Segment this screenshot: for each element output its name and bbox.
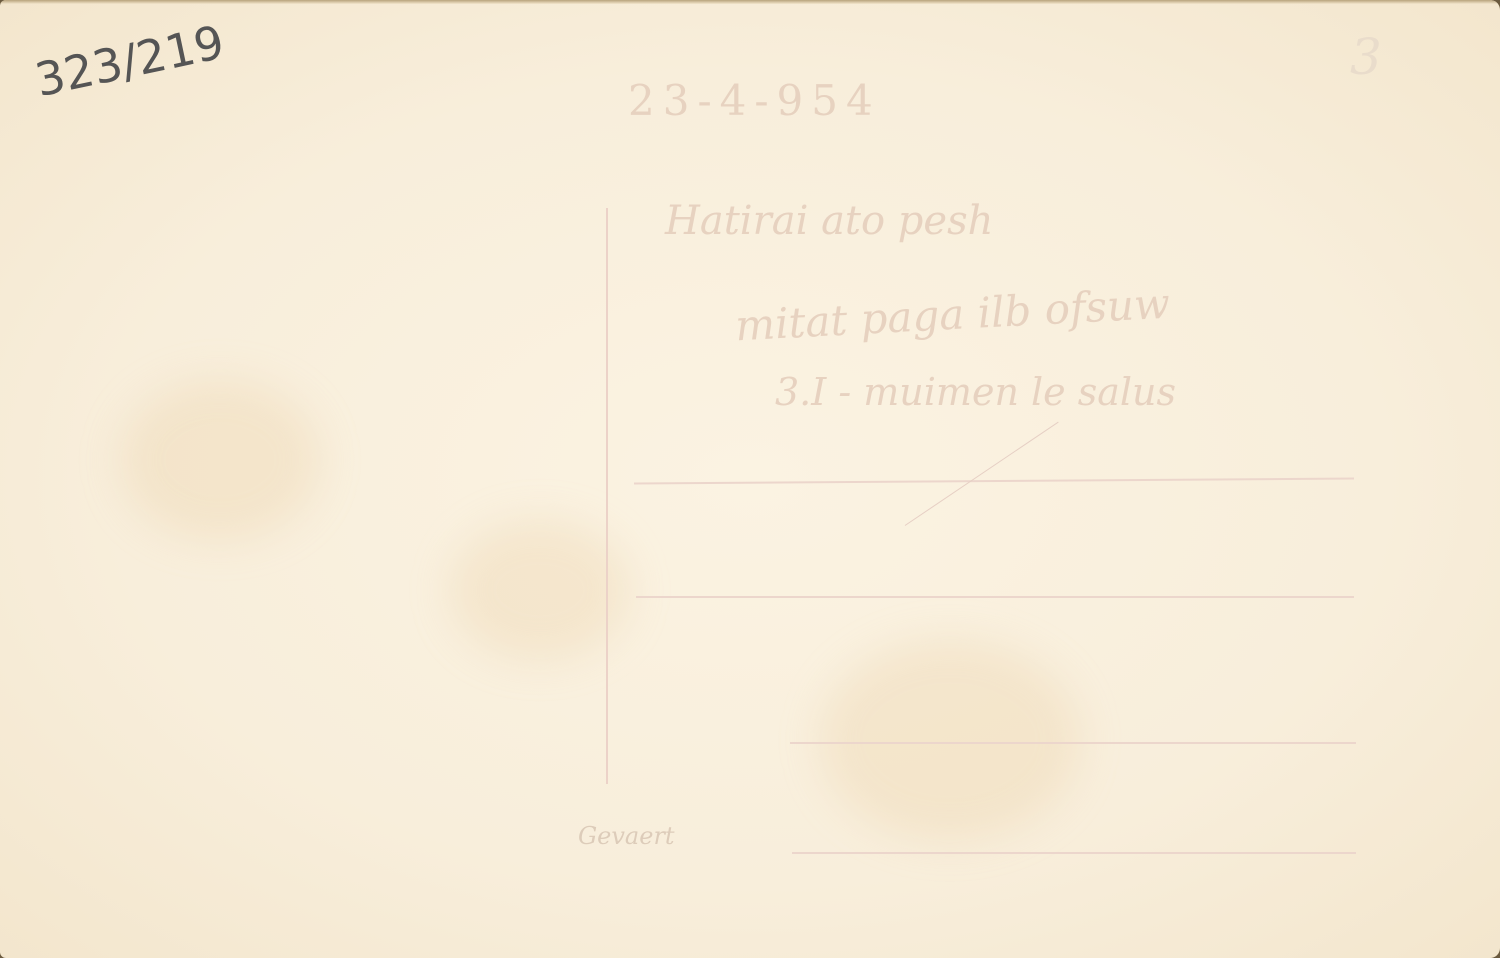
- publisher-mark: Gevaert: [578, 822, 675, 850]
- archive-number: 323/219: [30, 15, 228, 108]
- card-edge: [0, 0, 1500, 4]
- address-line-1: [634, 477, 1354, 484]
- address-line-4: [792, 852, 1356, 854]
- divider-line: [606, 208, 608, 784]
- paper-stain: [120, 380, 320, 540]
- date-text: 23-4-954: [628, 76, 881, 125]
- pencil-stroke: [905, 422, 1059, 526]
- message-line-2: mitat paga ilb ofsuw: [734, 279, 1171, 351]
- message-line-3: 3.I - muimen le salus: [775, 370, 1176, 414]
- address-line-2: [636, 596, 1354, 598]
- paper-stain: [450, 520, 630, 660]
- corner-mark: 3: [1350, 28, 1382, 86]
- paper-stain: [820, 640, 1080, 840]
- message-line-1: Hatirai ato pesh: [665, 198, 993, 244]
- address-line-3: [790, 742, 1356, 744]
- postcard-back: 323/219 3 23-4-954 Hatirai ato pesh mita…: [0, 0, 1500, 958]
